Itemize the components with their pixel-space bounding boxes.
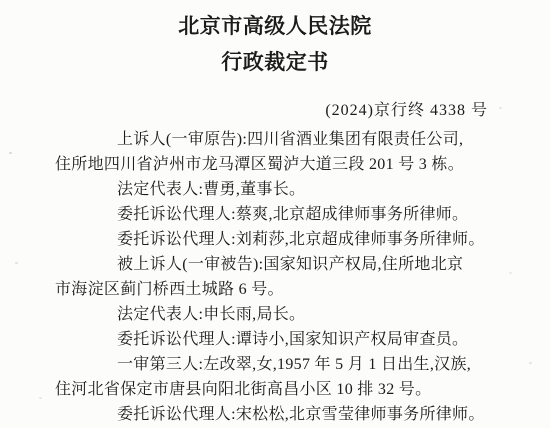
body-line: 法定代表人:曹勇,董事长。 bbox=[55, 177, 498, 202]
body-line: 市海淀区蓟门桥西土城路 6 号。 bbox=[55, 277, 498, 302]
body-line: 上诉人(一审原告):四川省酒业集团有限责任公司, bbox=[55, 127, 498, 152]
document-body: 上诉人(一审原告):四川省酒业集团有限责任公司,住所地四川省泸州市龙马潭区蜀泸大… bbox=[0, 127, 550, 427]
body-line: 委托诉讼代理人:蔡爽,北京超成律师事务所律师。 bbox=[55, 202, 498, 227]
body-line: 委托诉讼代理人:宋松松,北京雪莹律师事务所律师。 bbox=[55, 402, 498, 427]
body-line: 住河北省保定市唐县向阳北街高昌小区 10 排 32 号。 bbox=[55, 377, 498, 402]
document-page: 北京市高级人民法院 行政裁定书 (2024)京行终 4338 号 上诉人(一审原… bbox=[0, 0, 550, 428]
court-name: 北京市高级人民法院 bbox=[0, 0, 550, 40]
document-type-title: 行政裁定书 bbox=[0, 49, 550, 76]
body-line: 法定代表人:申长雨,局长。 bbox=[55, 302, 498, 327]
body-line: 委托诉讼代理人:刘莉莎,北京超成律师事务所律师。 bbox=[55, 227, 498, 252]
body-line: 一审第三人:左改翠,女,1957 年 5 月 1 日出生,汉族, bbox=[55, 352, 498, 377]
body-line: 住所地四川省泸州市龙马潭区蜀泸大道三段 201 号 3 栋。 bbox=[55, 152, 498, 177]
case-number: (2024)京行终 4338 号 bbox=[0, 101, 550, 121]
body-line: 委托诉讼代理人:谭诗小,国家知识产权局审查员。 bbox=[55, 327, 498, 352]
scan-speckles bbox=[9, 152, 12, 154]
body-line: 被上诉人(一审被告):国家知识产权局,住所地北京 bbox=[55, 252, 498, 277]
